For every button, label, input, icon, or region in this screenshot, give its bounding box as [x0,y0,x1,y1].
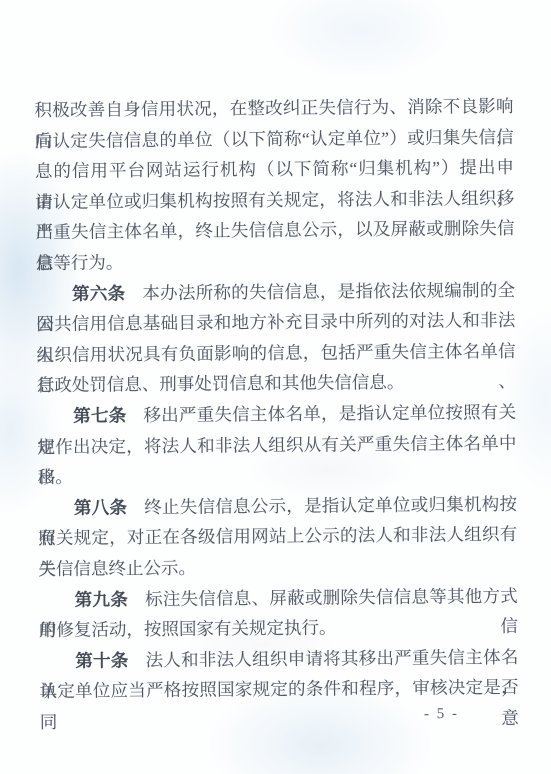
document-line: 公共信用信息基础目录和地方补充目录中所列的对法人和非法人 [36,305,515,340]
document-line: 积极改善自身信用状况，在整改纠正失信行为、消除不良影响后， [34,91,513,126]
line-text: 出。 [38,467,73,487]
document-line: 有关规定，对正在各级信用网站上公示的法人和非法人组织有关 [38,519,517,554]
document-line: 失信信息终止公示。 [38,550,517,585]
document-line: 第六条本办法所称的失信信息，是指依法依规编制的全国 [36,274,515,309]
article-number: 第六条 [72,283,125,303]
page-number: - 5 - [424,706,484,724]
document-line: 息等行为。 [36,244,515,279]
document-line: 由认定单位或归集机构按照有关规定，将法人和非法人组织移出 [35,183,514,218]
line-text: 认定单位应当严格按照国家规定的条件和程序，审核决定是否同意 [39,677,518,732]
scanned-document-page: 积极改善自身信用状况，在整改纠正失信行为、消除不良影响后，向认定失信信息的单位（… [0,0,551,774]
document-line: 组织信用状况具有负面影响的信息，包括严重失信主体名单信息、 [36,336,515,371]
article-number: 第十条 [75,650,128,670]
document-line: 第七条移出严重失信主体名单，是指认定单位按照有关规 [37,397,516,432]
document-line: 严重失信主体名单，终止失信信息公示，以及屏蔽或删除失信信 [35,213,514,248]
article-number: 第九条 [75,589,128,609]
document-line: 出。 [38,458,517,493]
line-text: 失信信息终止公示。 [38,558,196,579]
document-line: 定作出决定，将法人和非法人组织从有关严重失信主体名单中移 [37,427,516,462]
document-line: 第八条终止失信信息公示，是指认定单位或归集机构按照 [38,489,517,524]
document-text: 积极改善自身信用状况，在整改纠正失信行为、消除不良影响后，向认定失信信息的单位（… [34,91,518,707]
line-text: 向认定失信信息的单位（以下简称“认定单位”）或归集失信信 [35,127,514,151]
line-text: 息等行为。 [36,252,124,273]
document-line: 向认定失信信息的单位（以下简称“认定单位”）或归集失信信 [35,122,514,157]
document-line: 第九条标注失信信息、屏蔽或删除失信信息等其他方式的信 [39,580,518,615]
document-line: 第十条法人和非法人组织申请将其移出严重失信主体名单， [39,642,518,677]
document-line: 息的信用平台网站运行机构（以下简称“归集机构”）提出申请， [35,152,514,187]
article-number: 第七条 [73,405,126,425]
article-number: 第八条 [74,497,127,517]
line-text: 用修复活动，按照国家有关规定执行。 [39,618,337,641]
line-text: 行政处罚信息、刑事处罚信息和其他失信信息。 [37,372,405,395]
document-line: 认定单位应当严格按照国家规定的条件和程序，审核决定是否同意 [39,672,518,707]
